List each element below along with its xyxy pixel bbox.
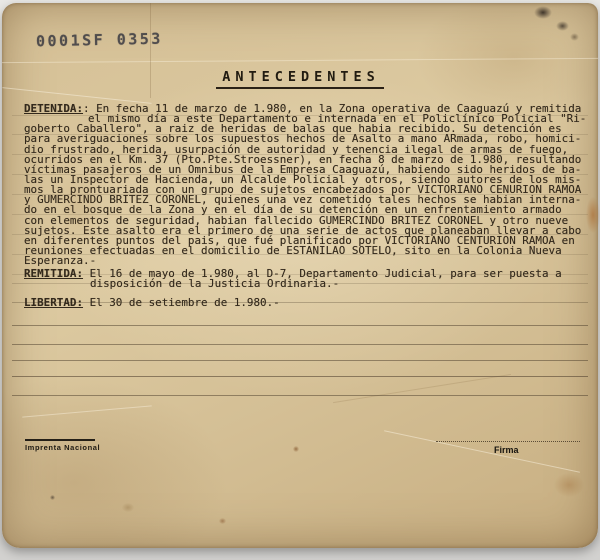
printer-credit-bar [25, 439, 95, 441]
stain [219, 518, 226, 524]
record-line: reuniones efectuadas en el domicilio de … [24, 246, 588, 256]
record-label-detenida: DETENIDA: [24, 102, 83, 115]
stain [586, 197, 600, 233]
ruled-line [12, 395, 588, 396]
stamp-number: 0001SF 0353 [36, 30, 163, 51]
record-line: LIBERTAD: El 30 de setiembre de 1.980.- [24, 298, 588, 308]
ruled-line [12, 325, 588, 326]
signature-line [436, 441, 580, 442]
photo-background: 0001SF 0353 ANTECEDENTES DETENIDA:: En f… [0, 0, 600, 560]
stain [50, 495, 55, 500]
crease [22, 405, 152, 417]
document-title: ANTECEDENTES [216, 69, 384, 89]
record-label-remitida: REMITIDA: [24, 267, 83, 280]
record-body: DETENIDA:: En fecha 11 de marzo de 1.980… [24, 104, 588, 308]
ruled-line [12, 344, 588, 345]
record-line: disposición de la Justicia Ordinaria.- [24, 279, 588, 289]
ruled-line [12, 376, 588, 377]
document-paper: 0001SF 0353 ANTECEDENTES DETENIDA:: En f… [2, 3, 598, 548]
record-text: El 30 de setiembre de 1.980.- [83, 296, 280, 309]
printer-credit: Imprenta Nacional [25, 443, 100, 452]
stain [570, 33, 579, 41]
stain [554, 473, 584, 497]
signature-label: Firma [494, 445, 519, 455]
crease [384, 430, 580, 473]
stain [122, 503, 134, 512]
stain [293, 446, 299, 452]
stain [556, 21, 569, 31]
record-label-libertad: LIBERTAD: [24, 296, 83, 309]
crease [2, 58, 598, 63]
ruled-line [12, 360, 588, 361]
stain [534, 6, 552, 19]
record-line: Esperanza.- [24, 256, 588, 266]
crease [333, 374, 511, 403]
